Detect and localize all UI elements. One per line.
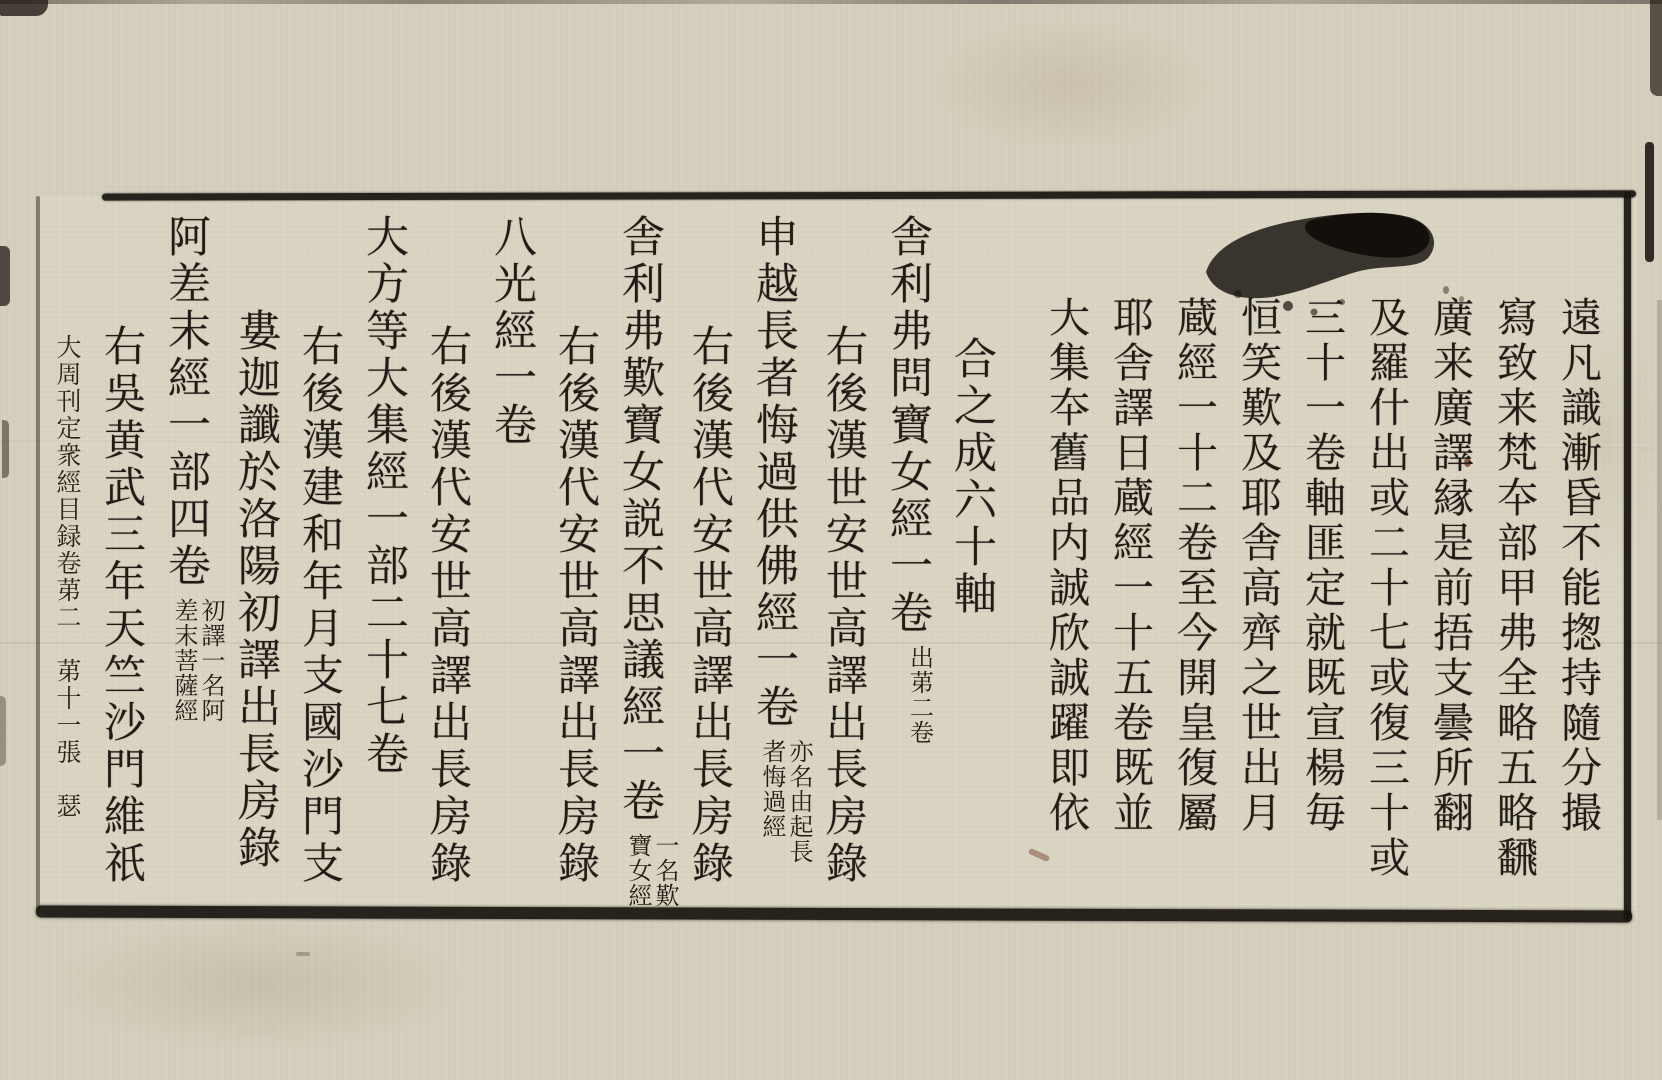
interlinear-note: 亦名由起長者悔過經 xyxy=(758,739,812,864)
entry-title-column: 舎利弗歎寶女説不思議經一卷一名歎寶女經 xyxy=(608,212,678,912)
interlinear-note: 出苐二卷 xyxy=(906,645,933,745)
preface-column: 遠凡識漸昏不能揔持隨分撮 xyxy=(1546,212,1610,912)
note-text: 者悔過經 xyxy=(758,739,785,864)
interlinear-note: 初譯一名阿差末菩薩經 xyxy=(170,598,224,723)
preface-column: 耶舎譯日蔵經一十五卷既並 xyxy=(1098,212,1162,912)
entry-title-column: 舎利弗問寶女經一卷出苐二卷 xyxy=(876,212,940,912)
page-right-edge-mark xyxy=(1657,300,1662,820)
frame-border-left xyxy=(36,196,40,910)
column-text: 大集夲舊品内誠欣誠躍即依 xyxy=(1042,296,1090,836)
page-left-edge-mark xyxy=(2,420,9,478)
note-text: 亦名由起長 xyxy=(785,739,812,864)
column-text: 右後漢世安世高譯出長房錄 xyxy=(820,324,869,888)
text-block: 遠凡識漸昏不能揔持隨分撮 寫致来梵夲部甲弗全略五略飜 廣来廣譯縁是前捂支曇所翻 … xyxy=(54,212,1610,912)
column-text: 蔵經一十二卷至今開皇復屬 xyxy=(1170,296,1218,836)
attribution-column: 右後漢世安世高譯出長房錄 xyxy=(812,212,876,912)
attribution-column: 右後漢建和年月支國沙門支 xyxy=(288,212,352,912)
fiber-speck xyxy=(296,952,310,956)
paper-stain xyxy=(50,920,470,1050)
column-text: 舎利弗歎寶女説不思議經一卷 xyxy=(615,214,665,825)
preface-column: 廣来廣譯縁是前捂支曇所翻 xyxy=(1418,212,1482,912)
column-text: 耶舎譯日蔵經一十五卷既並 xyxy=(1106,296,1154,836)
frame-border-right xyxy=(1624,192,1631,920)
entry-title-column: 阿差末經一部四卷初譯一名阿差末菩薩經 xyxy=(154,212,224,912)
note-text: 出苐二卷 xyxy=(906,645,933,745)
colophon-column: 大周刊定衆經目録卷苐二 苐十一張 瑟 xyxy=(44,212,90,912)
page-left-edge-mark xyxy=(0,696,6,766)
note-text: 差末菩薩經 xyxy=(170,598,197,723)
attribution-column: 右後漢代安世高譯出長房錄 xyxy=(678,212,742,912)
page-right-edge-mark xyxy=(1645,142,1654,262)
paper-stain xyxy=(930,20,1210,150)
preface-column: 蔵經一十二卷至今開皇復屬 xyxy=(1162,212,1226,912)
page-left-edge-mark xyxy=(0,246,10,306)
note-text: 初譯一名阿 xyxy=(197,598,224,723)
column-text: 右後漢代安世高譯出長房錄 xyxy=(686,324,735,888)
column-text: 婁迦讖於洛陽初譯出長房錄 xyxy=(231,308,281,872)
column-text: 八光經一卷 xyxy=(487,214,537,449)
entry-title-column: 八光經一卷 xyxy=(480,212,544,912)
scanned-woodblock-page: 遠凡識漸昏不能揔持隨分撮 寫致来梵夲部甲弗全略五略飜 廣来廣譯縁是前捂支曇所翻 … xyxy=(0,0,1662,1080)
column-text: 大方等大集經一部二十七卷 xyxy=(359,214,409,778)
page-right-edge-mark xyxy=(1650,0,1662,96)
preface-column: 寫致来梵夲部甲弗全略五略飜 xyxy=(1482,212,1546,912)
column-text: 遠凡識漸昏不能揔持隨分撮 xyxy=(1554,296,1602,836)
page-top-edge xyxy=(0,0,1662,4)
column-text: 右後漢代安世高譯出長房錄 xyxy=(552,324,601,888)
column-text: 舎利弗問寶女經一卷 xyxy=(883,214,933,637)
column-text: 右後漢建和年月支國沙門支 xyxy=(296,324,345,888)
note-text: 寶女經 xyxy=(624,833,651,908)
column-text: 三十一卷軸匪定就既宣楊毎 xyxy=(1298,296,1346,836)
preface-column: 及羅什出或二十七或復三十或 xyxy=(1354,212,1418,912)
column-text: 及羅什出或二十七或復三十或 xyxy=(1362,296,1410,881)
column-text: 廣来廣譯縁是前捂支曇所翻 xyxy=(1426,296,1474,836)
preface-column: 大集夲舊品内誠欣誠躍即依 xyxy=(1034,212,1098,912)
note-text: 一名歎 xyxy=(651,833,678,908)
frame-border-top xyxy=(102,190,1636,200)
preface-column: 恒笑歎及耶舎高齊之世出月 xyxy=(1226,212,1290,912)
attribution-continuation-column: 婁迦讖於洛陽初譯出長房錄 xyxy=(224,212,288,912)
colophon-text: 大周刊定衆經目録卷苐二 苐十一張 瑟 xyxy=(53,334,82,820)
column-text: 恒笑歎及耶舎高齊之世出月 xyxy=(1234,296,1282,836)
column-text: 右吳黄武三年天竺沙門維祇 xyxy=(98,324,147,888)
column-text: 寫致来梵夲部甲弗全略五略飜 xyxy=(1490,296,1538,881)
attribution-column: 右後漢代安世高譯出長房錄 xyxy=(416,212,480,912)
entry-title-column: 大方等大集經一部二十七卷 xyxy=(352,212,416,912)
page-corner-tear xyxy=(0,0,48,16)
attribution-column: 右後漢代安世高譯出長房錄 xyxy=(544,212,608,912)
interlinear-note: 一名歎寶女經 xyxy=(624,833,678,908)
attribution-column: 右吳黄武三年天竺沙門維祇 xyxy=(90,212,154,912)
column-text: 右後漢代安世高譯出長房錄 xyxy=(424,324,473,888)
column-text: 合之成六十軸 xyxy=(947,336,997,618)
subtotal-column: 合之成六十軸 xyxy=(940,212,1004,912)
preface-column: 三十一卷軸匪定就既宣楊毎 xyxy=(1290,212,1354,912)
column-text: 申越長者悔過供佛經一卷 xyxy=(749,214,799,731)
entry-title-column: 申越長者悔過供佛經一卷亦名由起長者悔過經 xyxy=(742,212,812,912)
column-text: 阿差末經一部四卷 xyxy=(161,214,211,590)
